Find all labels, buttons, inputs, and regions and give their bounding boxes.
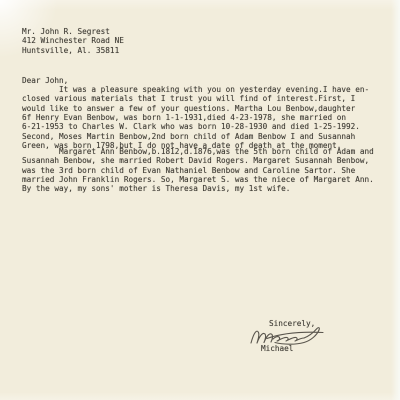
- salutation: Dear John,: [22, 76, 68, 85]
- letter-page: Mr. John R. Segrest 412 Winchester Road …: [0, 0, 400, 400]
- letter-body-paragraph-2: Margaret Ann Benbow,b.1812,d.1876,was th…: [22, 147, 374, 194]
- recipient-address: Mr. John R. Segrest 412 Winchester Road …: [22, 27, 124, 55]
- letter-body-paragraph-1: It was a pleasure speaking with you on y…: [22, 85, 369, 150]
- typed-signature-name: Michael: [261, 344, 293, 353]
